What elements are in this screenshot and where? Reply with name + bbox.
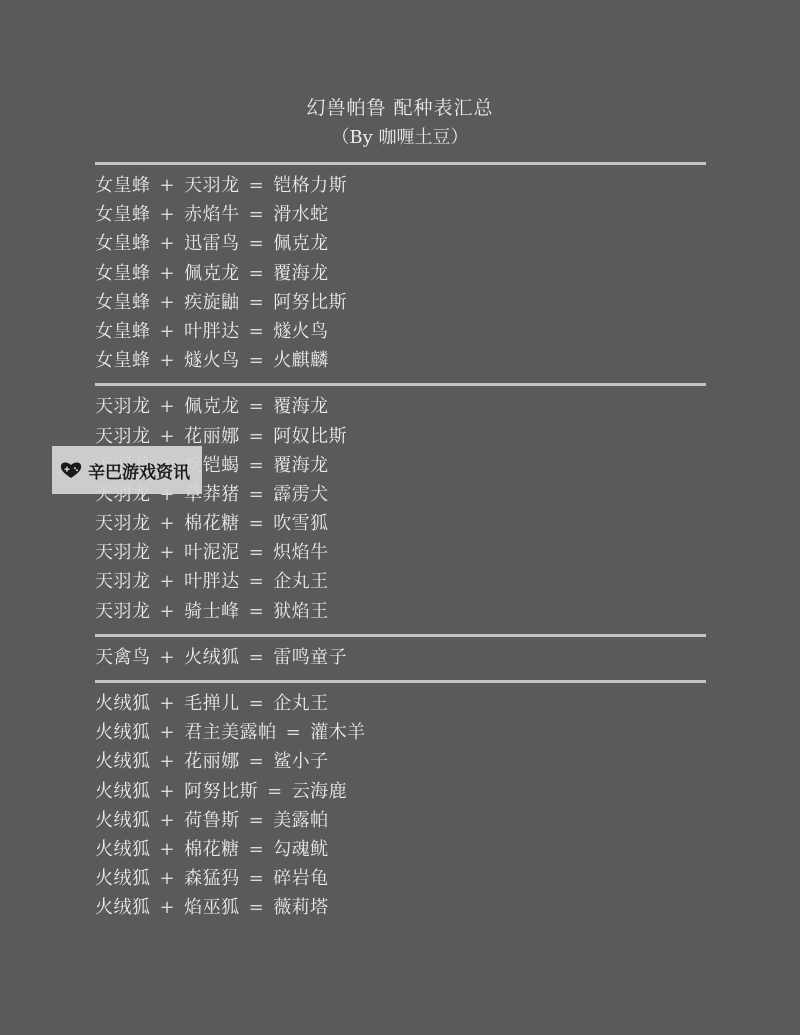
parent-b: 棉花糖 [184,839,240,860]
plus-sign: + [160,538,176,567]
parent-b: 迅雷鸟 [184,233,240,254]
equals-sign: = [249,422,265,451]
offspring: 铠格力斯 [273,175,347,196]
parent-a: 火绒狐 [95,897,151,918]
plus-sign: + [160,643,176,672]
plus-sign: + [160,893,176,922]
parent-a: 火绒狐 [95,810,151,831]
offspring: 雷鸣童子 [273,647,347,668]
parent-a: 女皇蜂 [95,175,151,196]
parent-a: 火绒狐 [95,868,151,889]
parent-b: 赤焰牛 [184,204,240,225]
offspring: 美露帕 [273,810,329,831]
parent-b: 叶胖达 [184,571,240,592]
offspring: 炽焰牛 [273,542,329,563]
offspring: 勾魂鱿 [273,839,329,860]
breeding-row: 火绒狐+荷鲁斯=美露帕 [95,806,706,835]
offspring: 阿努比斯 [273,292,347,313]
equals-sign: = [249,567,265,596]
parent-b: 叶泥泥 [184,542,240,563]
parent-a: 天羽龙 [95,542,151,563]
equals-sign: = [249,835,265,864]
parent-b: 叶胖达 [184,321,240,342]
equals-sign: = [286,718,302,747]
offspring: 云海鹿 [292,781,348,802]
breeding-row: 天羽龙+佩克龙=覆海龙 [95,392,706,421]
offspring: 灌木羊 [310,722,366,743]
breeding-group: 天羽龙+佩克龙=覆海龙天羽龙+花丽娜=阿奴比斯天羽龙+疾铠蝎=覆海龙天羽龙+草莽… [95,386,706,634]
equals-sign: = [249,747,265,776]
parent-a: 女皇蜂 [95,350,151,371]
equals-sign: = [249,597,265,626]
offspring: 覆海龙 [273,455,329,476]
offspring: 企丸王 [273,693,329,714]
breeding-row: 火绒狐+阿努比斯=云海鹿 [95,777,706,806]
parent-a: 火绒狐 [95,693,151,714]
plus-sign: + [160,718,176,747]
equals-sign: = [249,229,265,258]
parent-a: 火绒狐 [95,781,151,802]
equals-sign: = [249,689,265,718]
plus-sign: + [160,567,176,596]
equals-sign: = [249,171,265,200]
plus-sign: + [160,777,176,806]
breeding-row: 火绒狐+棉花糖=勾魂鱿 [95,835,706,864]
plus-sign: + [160,259,176,288]
parent-b: 森猛犸 [184,868,240,889]
equals-sign: = [249,864,265,893]
equals-sign: = [249,893,265,922]
breeding-table: 女皇蜂+天羽龙=铠格力斯女皇蜂+赤焰牛=滑水蛇女皇蜂+迅雷鸟=佩克龙女皇蜂+佩克… [95,162,706,931]
breeding-row: 天羽龙+棉花糖=吹雪狐 [95,509,706,538]
breeding-row: 火绒狐+焰巫狐=薇莉塔 [95,893,706,922]
plus-sign: + [160,747,176,776]
parent-b: 疾旋鼬 [184,292,240,313]
offspring: 滑水蛇 [273,204,329,225]
offspring: 狱焰王 [273,601,329,622]
parent-a: 女皇蜂 [95,292,151,313]
breeding-row: 天羽龙+叶泥泥=炽焰牛 [95,538,706,567]
equals-sign: = [249,392,265,421]
parent-b: 花丽娜 [184,426,240,447]
breeding-row: 天羽龙+骑士峰=狱焰王 [95,597,706,626]
parent-b: 火绒狐 [184,647,240,668]
parent-b: 花丽娜 [184,751,240,772]
parent-b: 毛掸儿 [184,693,240,714]
equals-sign: = [249,643,265,672]
equals-sign: = [249,480,265,509]
parent-a: 天羽龙 [95,513,151,534]
parent-a: 天羽龙 [95,571,151,592]
gamepad-heart-icon [58,460,84,480]
parent-a: 天羽龙 [95,396,151,417]
offspring: 薇莉塔 [273,897,329,918]
parent-b: 天羽龙 [184,175,240,196]
parent-a: 女皇蜂 [95,233,151,254]
plus-sign: + [160,864,176,893]
equals-sign: = [249,288,265,317]
parent-a: 火绒狐 [95,839,151,860]
breeding-row: 女皇蜂+燧火鸟=火麒麟 [95,346,706,375]
equals-sign: = [249,538,265,567]
parent-a: 女皇蜂 [95,263,151,284]
equals-sign: = [249,451,265,480]
parent-b: 佩克龙 [184,263,240,284]
plus-sign: + [160,509,176,538]
parent-a: 天禽鸟 [95,647,151,668]
breeding-row: 天羽龙+叶胖达=企丸王 [95,567,706,596]
breeding-group: 火绒狐+毛掸儿=企丸王火绒狐+君主美露帕=灌木羊火绒狐+花丽娜=鲨小子火绒狐+阿… [95,683,706,931]
equals-sign: = [249,317,265,346]
offspring: 吹雪狐 [273,513,329,534]
breeding-row: 女皇蜂+疾旋鼬=阿努比斯 [95,288,706,317]
parent-a: 女皇蜂 [95,204,151,225]
breeding-row: 女皇蜂+佩克龙=覆海龙 [95,259,706,288]
parent-b: 荷鲁斯 [184,810,240,831]
watermark-badge: 辛巴游戏资讯 [52,446,202,494]
offspring: 覆海龙 [273,263,329,284]
parent-b: 燧火鸟 [184,350,240,371]
watermark-text: 辛巴游戏资讯 [88,458,190,483]
parent-a: 天羽龙 [95,601,151,622]
equals-sign: = [249,200,265,229]
offspring: 火麒麟 [273,350,329,371]
parent-b: 棉花糖 [184,513,240,534]
parent-b: 佩克龙 [184,396,240,417]
breeding-row: 火绒狐+森猛犸=碎岩龟 [95,864,706,893]
plus-sign: + [160,392,176,421]
parent-a: 火绒狐 [95,751,151,772]
offspring: 覆海龙 [273,396,329,417]
equals-sign: = [249,509,265,538]
offspring: 碎岩龟 [273,868,329,889]
breeding-row: 火绒狐+毛掸儿=企丸王 [95,689,706,718]
plus-sign: + [160,597,176,626]
plus-sign: + [160,171,176,200]
breeding-row: 火绒狐+君主美露帕=灌木羊 [95,718,706,747]
breeding-row: 天禽鸟+火绒狐=雷鸣童子 [95,643,706,672]
breeding-group: 女皇蜂+天羽龙=铠格力斯女皇蜂+赤焰牛=滑水蛇女皇蜂+迅雷鸟=佩克龙女皇蜂+佩克… [95,165,706,383]
parent-a: 天羽龙 [95,426,151,447]
parent-b: 君主美露帕 [184,722,277,743]
plus-sign: + [160,689,176,718]
equals-sign: = [249,259,265,288]
offspring: 鲨小子 [273,751,329,772]
plus-sign: + [160,346,176,375]
offspring: 燧火鸟 [273,321,329,342]
breeding-row: 女皇蜂+叶胖达=燧火鸟 [95,317,706,346]
parent-b: 阿努比斯 [184,781,258,802]
equals-sign: = [249,346,265,375]
breeding-row: 女皇蜂+天羽龙=铠格力斯 [95,171,706,200]
plus-sign: + [160,200,176,229]
plus-sign: + [160,229,176,258]
parent-a: 女皇蜂 [95,321,151,342]
parent-b: 骑士峰 [184,601,240,622]
plus-sign: + [160,806,176,835]
plus-sign: + [160,288,176,317]
offspring: 企丸王 [273,571,329,592]
offspring: 佩克龙 [273,233,329,254]
document-header: 幻兽帕鲁 配种表汇总 （By 咖喱土豆） [0,94,800,152]
offspring: 阿奴比斯 [273,426,347,447]
page-title: 幻兽帕鲁 配种表汇总 [0,94,800,122]
parent-b: 焰巫狐 [184,897,240,918]
plus-sign: + [160,835,176,864]
plus-sign: + [160,317,176,346]
equals-sign: = [267,777,283,806]
breeding-group: 天禽鸟+火绒狐=雷鸣童子 [95,637,706,680]
page-subtitle: （By 咖喱土豆） [0,124,800,152]
breeding-row: 女皇蜂+迅雷鸟=佩克龙 [95,229,706,258]
offspring: 霹雳犬 [273,484,329,505]
parent-a: 火绒狐 [95,722,151,743]
breeding-row: 女皇蜂+赤焰牛=滑水蛇 [95,200,706,229]
breeding-row: 火绒狐+花丽娜=鲨小子 [95,747,706,776]
equals-sign: = [249,806,265,835]
